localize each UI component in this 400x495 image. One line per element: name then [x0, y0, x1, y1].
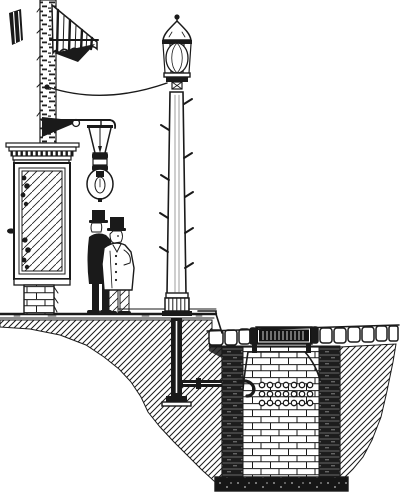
trouser-left — [109, 290, 118, 314]
lantern-lower-band — [166, 77, 188, 82]
vault-left-wall — [222, 347, 243, 478]
vault-foundation — [215, 477, 348, 491]
pipe-foot — [166, 396, 187, 402]
arc-lamp-mechanism — [93, 159, 107, 165]
shop-window — [7, 163, 70, 279]
cornice — [6, 143, 79, 163]
duct-bank — [259, 382, 312, 405]
arc-lamp-bottom-nib — [98, 198, 102, 202]
pedestal-brickwork — [24, 285, 54, 314]
arc-lamp-bulb-cap — [96, 171, 104, 177]
lantern-globe — [166, 43, 188, 73]
arc-lamp-upper-band — [92, 153, 108, 159]
engraving-illustration — [0, 0, 400, 495]
dentil-row — [11, 151, 73, 156]
duct-row-3 — [259, 400, 312, 405]
wire-insulator — [44, 84, 49, 89]
top-hat-dark — [92, 210, 105, 221]
lamp-post-shaft — [167, 92, 186, 294]
window-sill-step — [14, 279, 70, 285]
trouser-right — [120, 290, 129, 314]
vault-neck-right — [306, 344, 311, 353]
vault-neck-left — [252, 344, 257, 353]
engraving-canvas — [0, 0, 400, 495]
pipe-foot-plate — [162, 402, 191, 406]
pipe-coupling — [196, 378, 201, 389]
vault-right-wall — [319, 347, 340, 478]
top-hat-light — [110, 217, 124, 229]
window-knob — [7, 228, 15, 233]
duct-row-1 — [259, 382, 312, 387]
duct-row-2 — [259, 391, 312, 396]
face-light-coat-man — [110, 231, 123, 243]
fluted-base — [165, 298, 189, 311]
cable-vault — [215, 344, 348, 491]
face-dark-coat-man — [91, 223, 102, 232]
lantern-tray — [164, 73, 190, 77]
base-plinth — [162, 311, 192, 316]
